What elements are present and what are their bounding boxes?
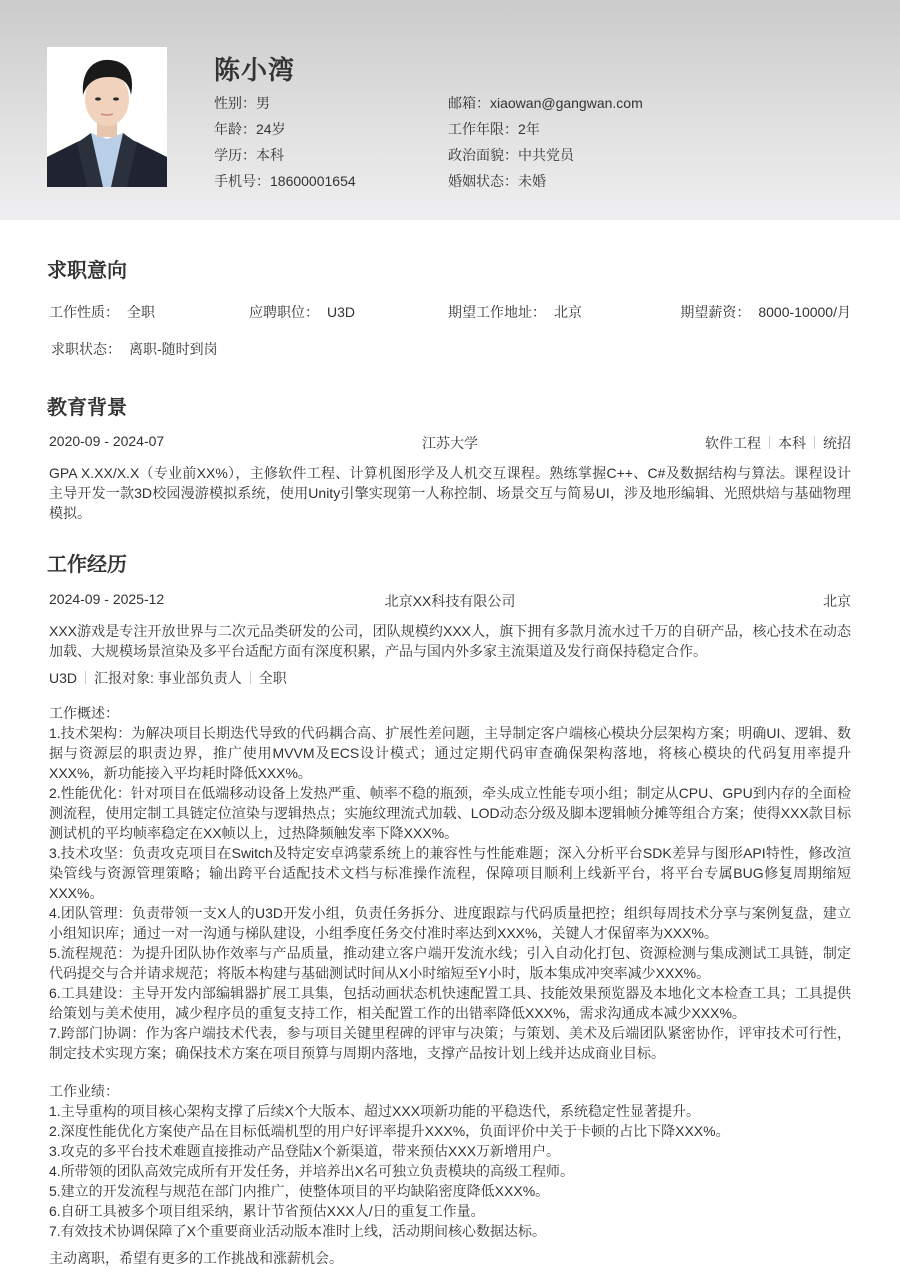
work-achievements: 工作业绩： 1.主导重构的项目核心架构支撑了后续X个大版本、超过XXX项新功能的…: [49, 1081, 851, 1241]
overview-item: 3.技术攻坚：负责攻克项目在Switch及特定安卓鸿蒙系统上的兼容性与性能难题；…: [49, 843, 851, 903]
work-overview: 工作概述： 1.技术架构：为解决项目长期迭代导致的代码耦合高、扩展性差问题，主导…: [49, 703, 851, 1063]
company-description: XXX游戏是专注开放世界与二次元品类研发的公司，团队规模约XXX人，旗下拥有多款…: [49, 621, 851, 661]
achievement-item: 6.自研工具被多个项目组采纳，累计节省预估XXX人/日的重复工作量。: [49, 1201, 851, 1221]
info-gender: 性别：男: [214, 92, 356, 118]
overview-label: 工作概述：: [49, 703, 851, 723]
person-photo-icon: [47, 47, 167, 187]
overview-item: 6.工具建设：主导开发内部编辑器扩展工具集，包括动画状态机快速配置工具、技能效果…: [49, 983, 851, 1023]
intent-location: 期望工作地址：北京: [448, 302, 582, 322]
separator: [814, 436, 815, 449]
work-tags: U3D汇报对象: 事业部负责人全职: [49, 668, 851, 688]
info-phone: 手机号：18600001654: [214, 170, 356, 196]
info-marital-status: 婚姻状态：未婚: [448, 170, 643, 196]
work-company: 北京XX科技有限公司: [49, 591, 851, 611]
education-row: 2020-09 - 2024-07 江苏大学 软件工程本科统招: [49, 433, 851, 453]
achievement-item: 4.所带领的团队高效完成所有开发任务，并培养出X名可独立负责模块的高级工程师。: [49, 1161, 851, 1181]
separator: [85, 671, 86, 684]
section-title-work: 工作经历: [47, 548, 127, 577]
profile-photo: [47, 47, 167, 187]
profile-header: 陈小湾 性别：男 年龄：24岁 学历：本科 手机号：18600001654 邮箱…: [0, 0, 900, 220]
work-row: 2024-09 - 2025-12 北京XX科技有限公司 北京: [49, 591, 851, 611]
achievement-item: 2.深度性能优化方案使产品在目标低端机型的用户好评率提升XXX%，负面评价中关于…: [49, 1121, 851, 1141]
section-title-job-intent: 求职意向: [47, 254, 127, 283]
overview-item: 5.流程规范：为提升团队协作效率与产品质量，推动建立客户端开发流水线；引入自动化…: [49, 943, 851, 983]
info-education: 学历：本科: [214, 144, 356, 170]
education-tags: 软件工程本科统招: [705, 433, 851, 453]
separator: [250, 671, 251, 684]
leave-reason: 主动离职，希望有更多的工作挑战和涨薪机会。: [49, 1248, 851, 1268]
overview-item: 4.团队管理：负责带领一支X人的U3D开发小组，负责任务拆分、进度跟踪与代码质量…: [49, 903, 851, 943]
overview-item: 2.性能优化：针对项目在低端移动设备上发热严重、帧率不稳的瓶颈，牵头成立性能专项…: [49, 783, 851, 843]
overview-item: 7.跨部门协调：作为客户端技术代表，参与项目关键里程碑的评审与决策；与策划、美术…: [49, 1023, 851, 1063]
intent-job-type: 工作性质：全职: [49, 302, 155, 322]
info-email: 邮箱：xiaowan@gangwan.com: [448, 92, 643, 118]
work-city: 北京: [823, 591, 851, 611]
basic-info-left: 性别：男 年龄：24岁 学历：本科 手机号：18600001654: [214, 92, 356, 196]
separator: [769, 436, 770, 449]
intent-position: 应聘职位：U3D: [249, 302, 355, 322]
achievement-item: 5.建立的开发流程与规范在部门内推广，使整体项目的平均缺陷密度降低XXX%。: [49, 1181, 851, 1201]
overview-item: 1.技术架构：为解决项目长期迭代导致的代码耦合高、扩展性差问题，主导制定客户端核…: [49, 723, 851, 783]
achievement-item: 1.主导重构的项目核心架构支撑了后续X个大版本、超过XXX项新功能的平稳迭代，系…: [49, 1101, 851, 1121]
info-political-status: 政治面貌：中共党员: [448, 144, 643, 170]
achievements-label: 工作业绩：: [49, 1081, 851, 1101]
candidate-name: 陈小湾: [214, 50, 295, 87]
section-title-education: 教育背景: [47, 391, 127, 420]
info-age: 年龄：24岁: [214, 118, 356, 144]
job-intent-row-2: 求职状态：离职-随时到岗: [49, 339, 851, 359]
intent-salary: 期望薪资：8000-10000/月: [680, 302, 851, 322]
intent-status: 求职状态：离职-随时到岗: [51, 339, 218, 359]
basic-info-right: 邮箱：xiaowan@gangwan.com 工作年限：2年 政治面貌：中共党员…: [448, 92, 643, 196]
info-work-years: 工作年限：2年: [448, 118, 643, 144]
job-intent-row-1: 工作性质：全职 应聘职位：U3D 期望工作地址：北京 期望薪资：8000-100…: [49, 302, 851, 322]
achievement-item: 7.有效技术协调保障了X个重要商业活动版本准时上线，活动期间核心数据达标。: [49, 1221, 851, 1241]
achievement-item: 3.攻克的多平台技术难题直接推动产品登陆X个新渠道，带来预估XXX万新增用户。: [49, 1141, 851, 1161]
education-description: GPA X.XX/X.X（专业前XX%），主修软件工程、计算机图形学及人机交互课…: [49, 463, 851, 523]
